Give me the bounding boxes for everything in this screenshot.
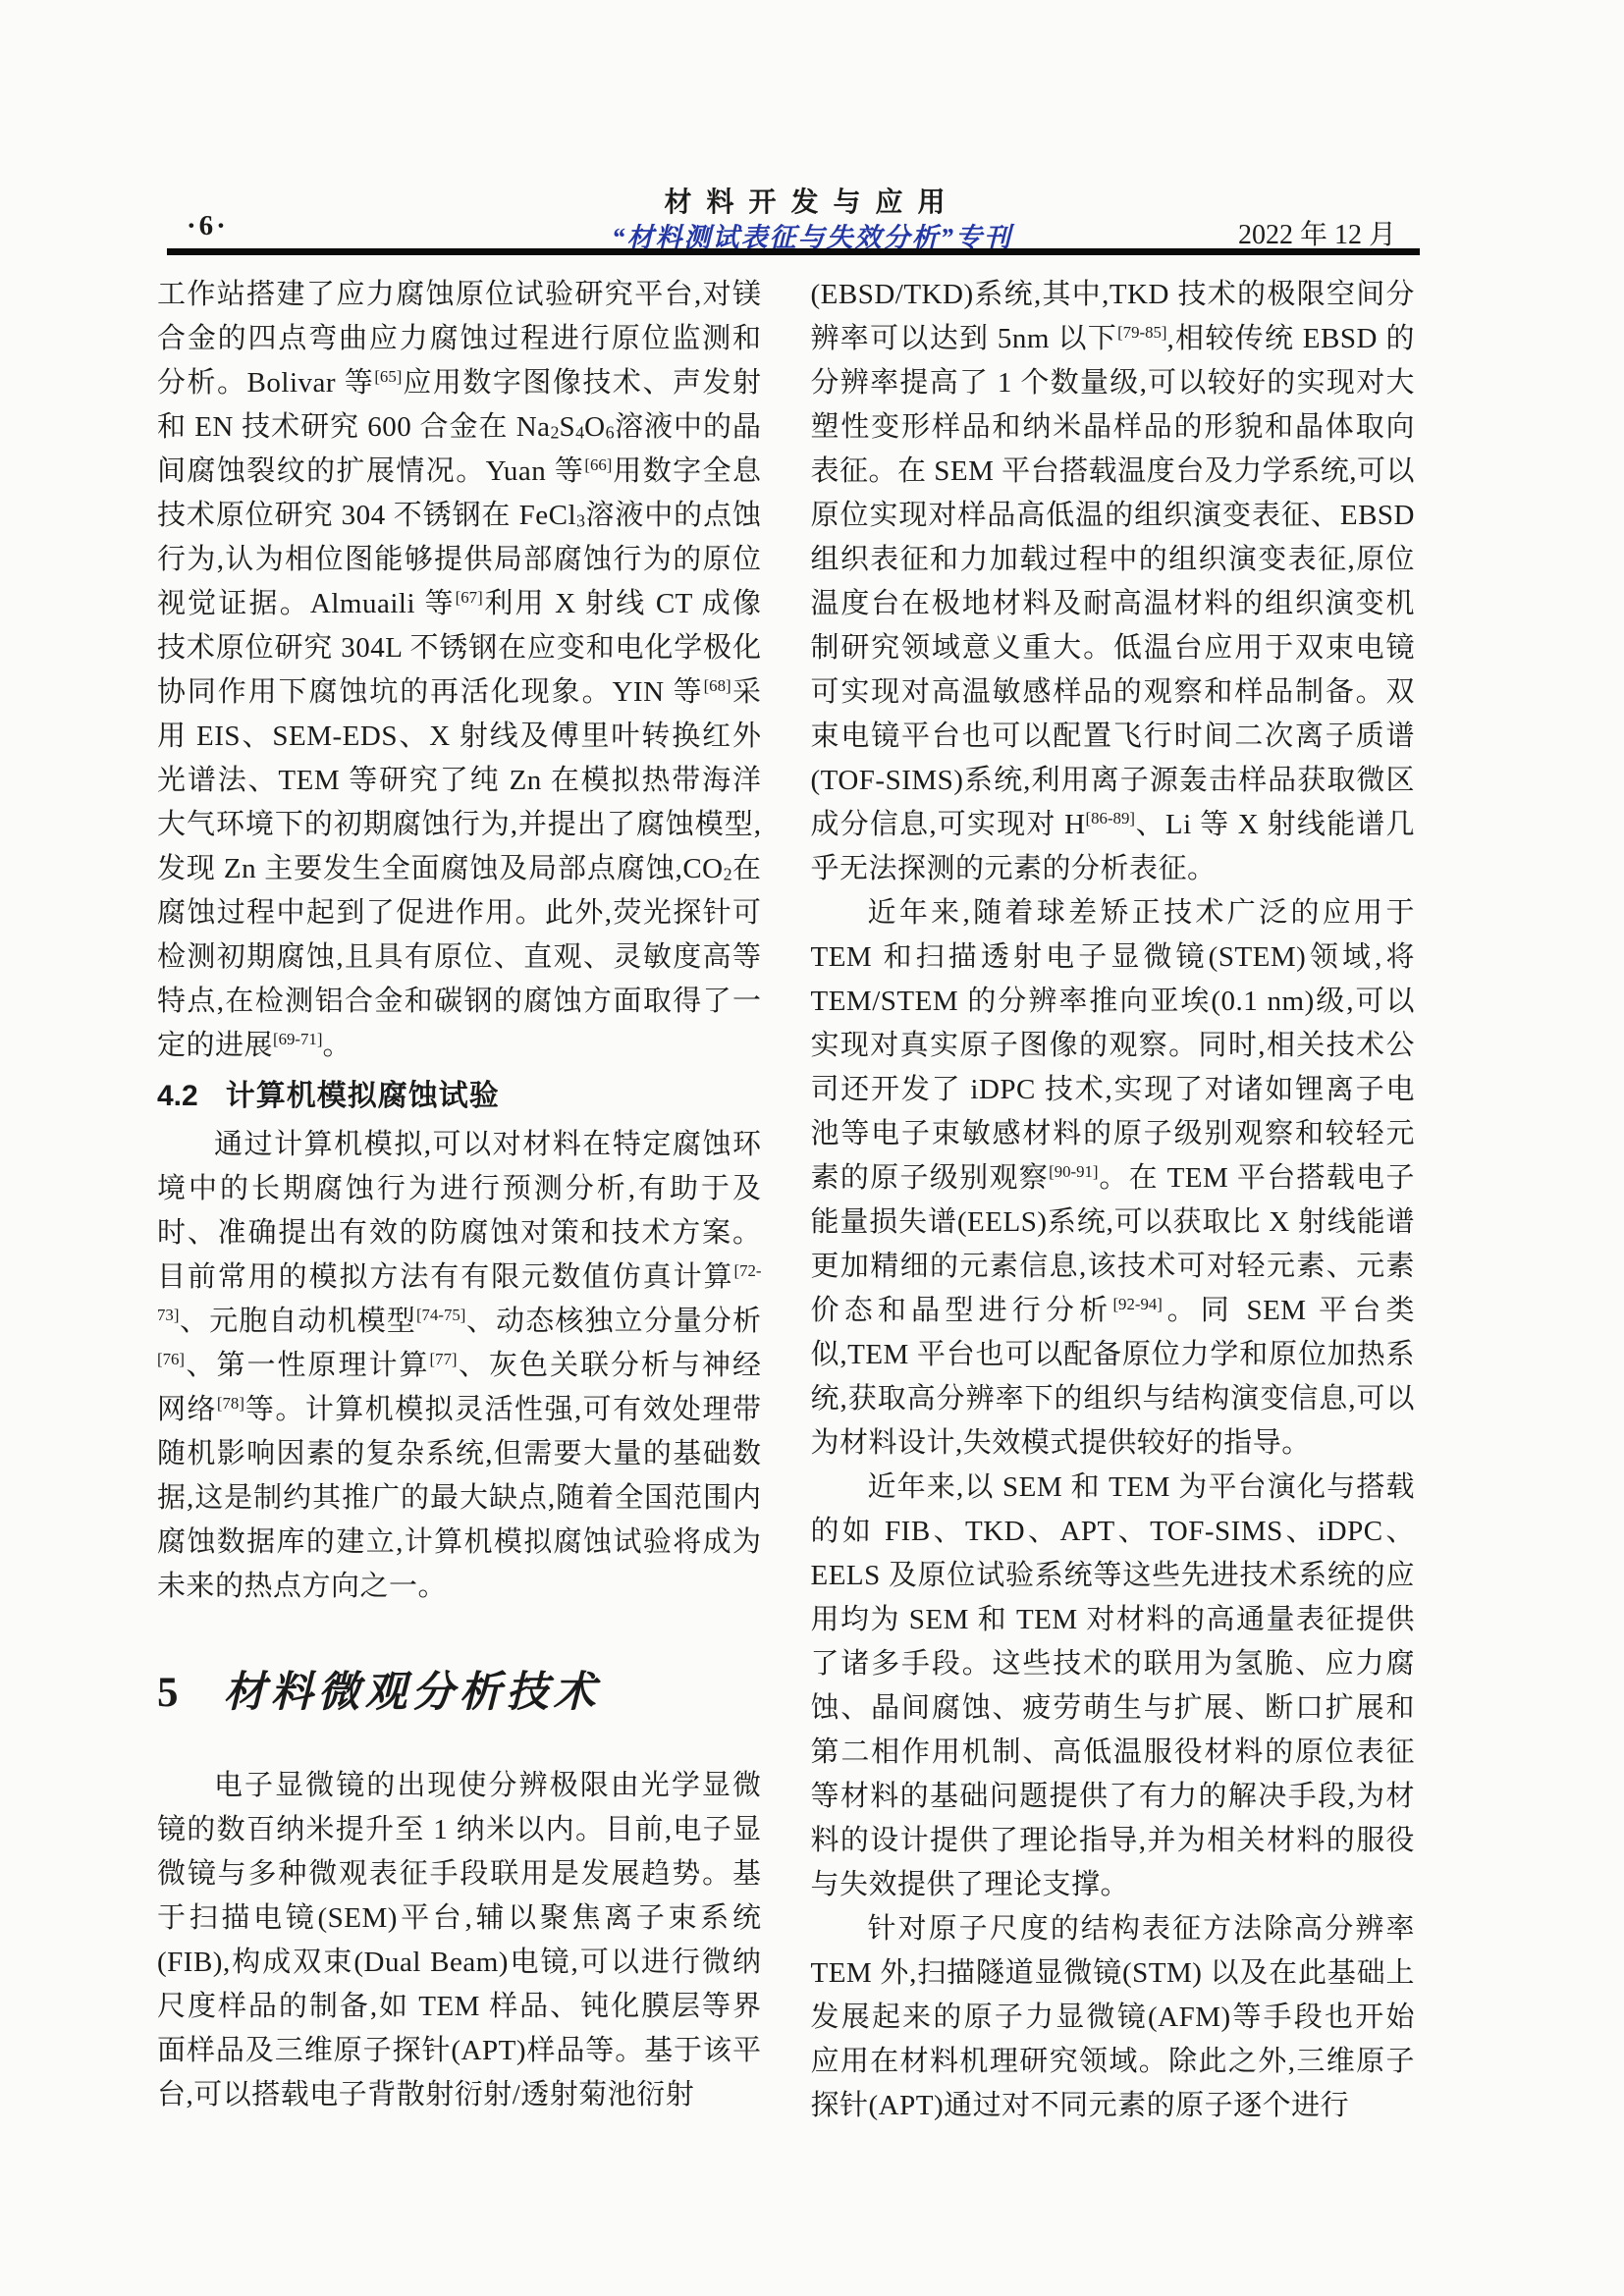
heading-title: 计算机模拟腐蚀试验 (226, 1080, 500, 1112)
paragraph: 近年来,以 SEM 和 TEM 为平台演化与搭载的如 FIB、TKD、APT、T… (811, 1466, 1416, 1907)
citation-ref: [65] (374, 367, 402, 386)
paragraph: 工作站搭建了应力腐蚀原位试验研究平台,对镁合金的四点弯曲应力腐蚀过程进行原位监测… (157, 273, 762, 1068)
issue-date: 2022 年 12 月 (1238, 213, 1396, 252)
chemical-subscript: 2 (551, 423, 560, 443)
journal-page: ·6· 材料开发与应用 “材料测试表征与失效分析”专刊 2022 年 12 月 … (0, 0, 1624, 2296)
heading-title: 材料微观分析技术 (224, 1670, 601, 1716)
left-column: 工作站搭建了应力腐蚀原位试验研究平台,对镁合金的四点弯曲应力腐蚀过程进行原位监测… (157, 273, 762, 2128)
citation-ref: [90-91] (1049, 1162, 1098, 1181)
section-heading: 5材料微观分析技术 (157, 1666, 762, 1721)
citation-ref: [67] (456, 588, 483, 607)
citation-ref: [92-94] (1112, 1295, 1162, 1313)
paragraph: 近年来,随着球差矫正技术广泛的应用于 TEM 和扫描透射电子显微镜(STEM)领… (811, 891, 1416, 1466)
chemical-subscript: 2 (724, 865, 732, 884)
citation-ref: [86-89] (1086, 809, 1135, 828)
subsection-heading: 4.2计算机模拟腐蚀试验 (157, 1074, 762, 1119)
heading-number: 5 (157, 1670, 179, 1716)
chemical-subscript: 3 (576, 511, 585, 531)
heading-number: 4.2 (157, 1080, 198, 1112)
header-rule (167, 248, 1420, 255)
chemical-subscript: 6 (606, 423, 615, 443)
citation-ref: [69-71] (273, 1030, 322, 1048)
paragraph: (EBSD/TKD)系统,其中,TKD 技术的极限空间分辨率可以达到 5nm 以… (811, 273, 1416, 891)
text-columns: 工作站搭建了应力腐蚀原位试验研究平台,对镁合金的四点弯曲应力腐蚀过程进行原位监测… (157, 273, 1415, 2128)
citation-ref: [77] (430, 1350, 458, 1368)
right-column: (EBSD/TKD)系统,其中,TKD 技术的极限空间分辨率可以达到 5nm 以… (811, 273, 1416, 2128)
citation-ref: [79-85] (1117, 323, 1166, 342)
citation-ref: [78] (217, 1394, 244, 1413)
citation-ref: [66] (584, 455, 612, 474)
paragraph: 电子显微镜的出现使分辨极限由光学显微镜的数百纳米提升至 1 纳米以内。目前,电子… (157, 1764, 762, 2117)
citation-ref: [74-75] (416, 1306, 465, 1324)
paragraph: 通过计算机模拟,可以对材料在特定腐蚀环境中的长期腐蚀行为进行预测分析,有助于及时… (157, 1123, 762, 1609)
citation-ref: [76] (157, 1350, 185, 1368)
chemical-subscript: 4 (575, 423, 584, 443)
citation-ref: [68] (704, 676, 731, 695)
paragraph: 针对原子尺度的结构表征方法除高分辨率 TEM 外,扫描隧道显微镜(STM) 以及… (811, 1907, 1416, 2128)
